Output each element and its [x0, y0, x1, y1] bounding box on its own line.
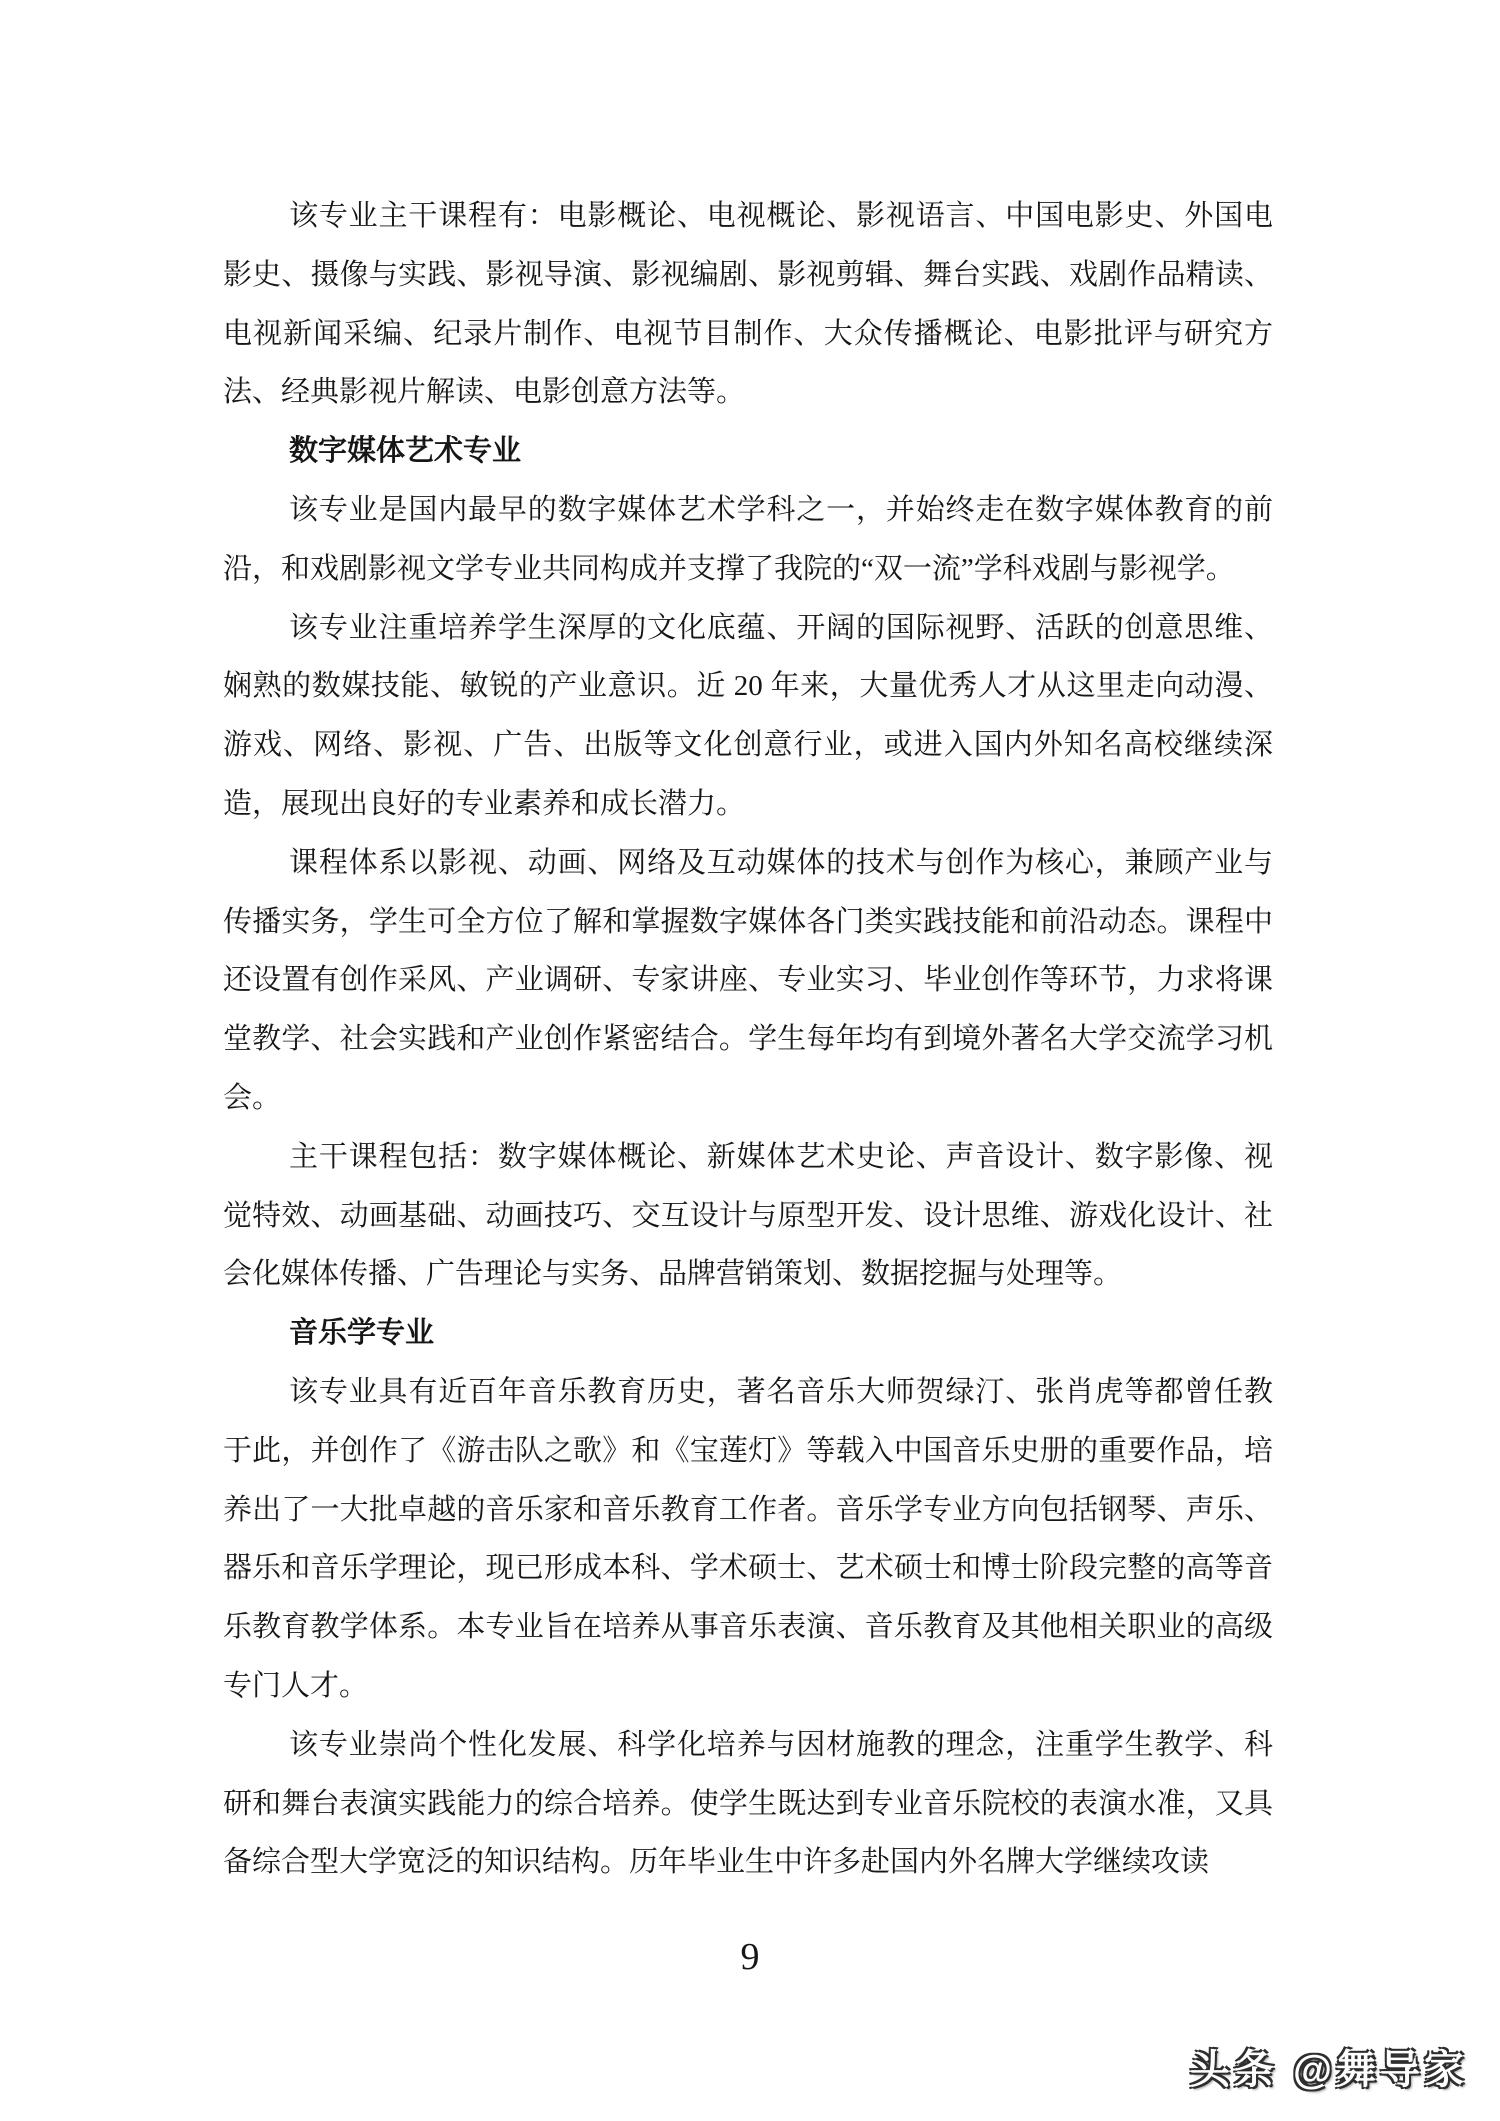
- toutiao-watermark: 头条 @舞导家: [1190, 2038, 1468, 2095]
- body-paragraph: 该专业注重培养学生深厚的文化底蕴、开阔的国际视野、活跃的创意思维、娴熟的数媒技能…: [223, 599, 1273, 834]
- body-paragraph: 该专业是国内最早的数字媒体艺术学科之一，并始终走在数字媒体教育的前沿，和戏剧影视…: [223, 481, 1273, 599]
- body-paragraph: 主干课程包括：数字媒体概论、新媒体艺术史论、声音设计、数字影像、视觉特效、动画基…: [223, 1128, 1273, 1304]
- document-body: 该专业主干课程有：电影概论、电视概论、影视语言、中国电影史、外国电影史、摄像与实…: [223, 187, 1273, 1892]
- section-heading: 音乐学专业: [223, 1304, 1273, 1363]
- document-screenshot: { "document": { "blocks": [ { "type": "p…: [0, 0, 1500, 2121]
- body-paragraph: 该专业主干课程有：电影概论、电视概论、影视语言、中国电影史、外国电影史、摄像与实…: [223, 187, 1273, 422]
- page-number: 9: [0, 1936, 1500, 1978]
- body-paragraph: 该专业崇尚个性化发展、科学化培养与因材施教的理念，注重学生教学、科研和舞台表演实…: [223, 1716, 1273, 1892]
- section-heading: 数字媒体艺术专业: [223, 422, 1273, 481]
- document-page: 该专业主干课程有：电影概论、电视概论、影视语言、中国电影史、外国电影史、摄像与实…: [0, 0, 1500, 2121]
- body-paragraph: 该专业具有近百年音乐教育历史，著名音乐大师贺绿汀、张肖虎等都曾任教于此，并创作了…: [223, 1363, 1273, 1716]
- body-paragraph: 课程体系以影视、动画、网络及互动媒体的技术与创作为核心，兼顾产业与传播实务，学生…: [223, 834, 1273, 1128]
